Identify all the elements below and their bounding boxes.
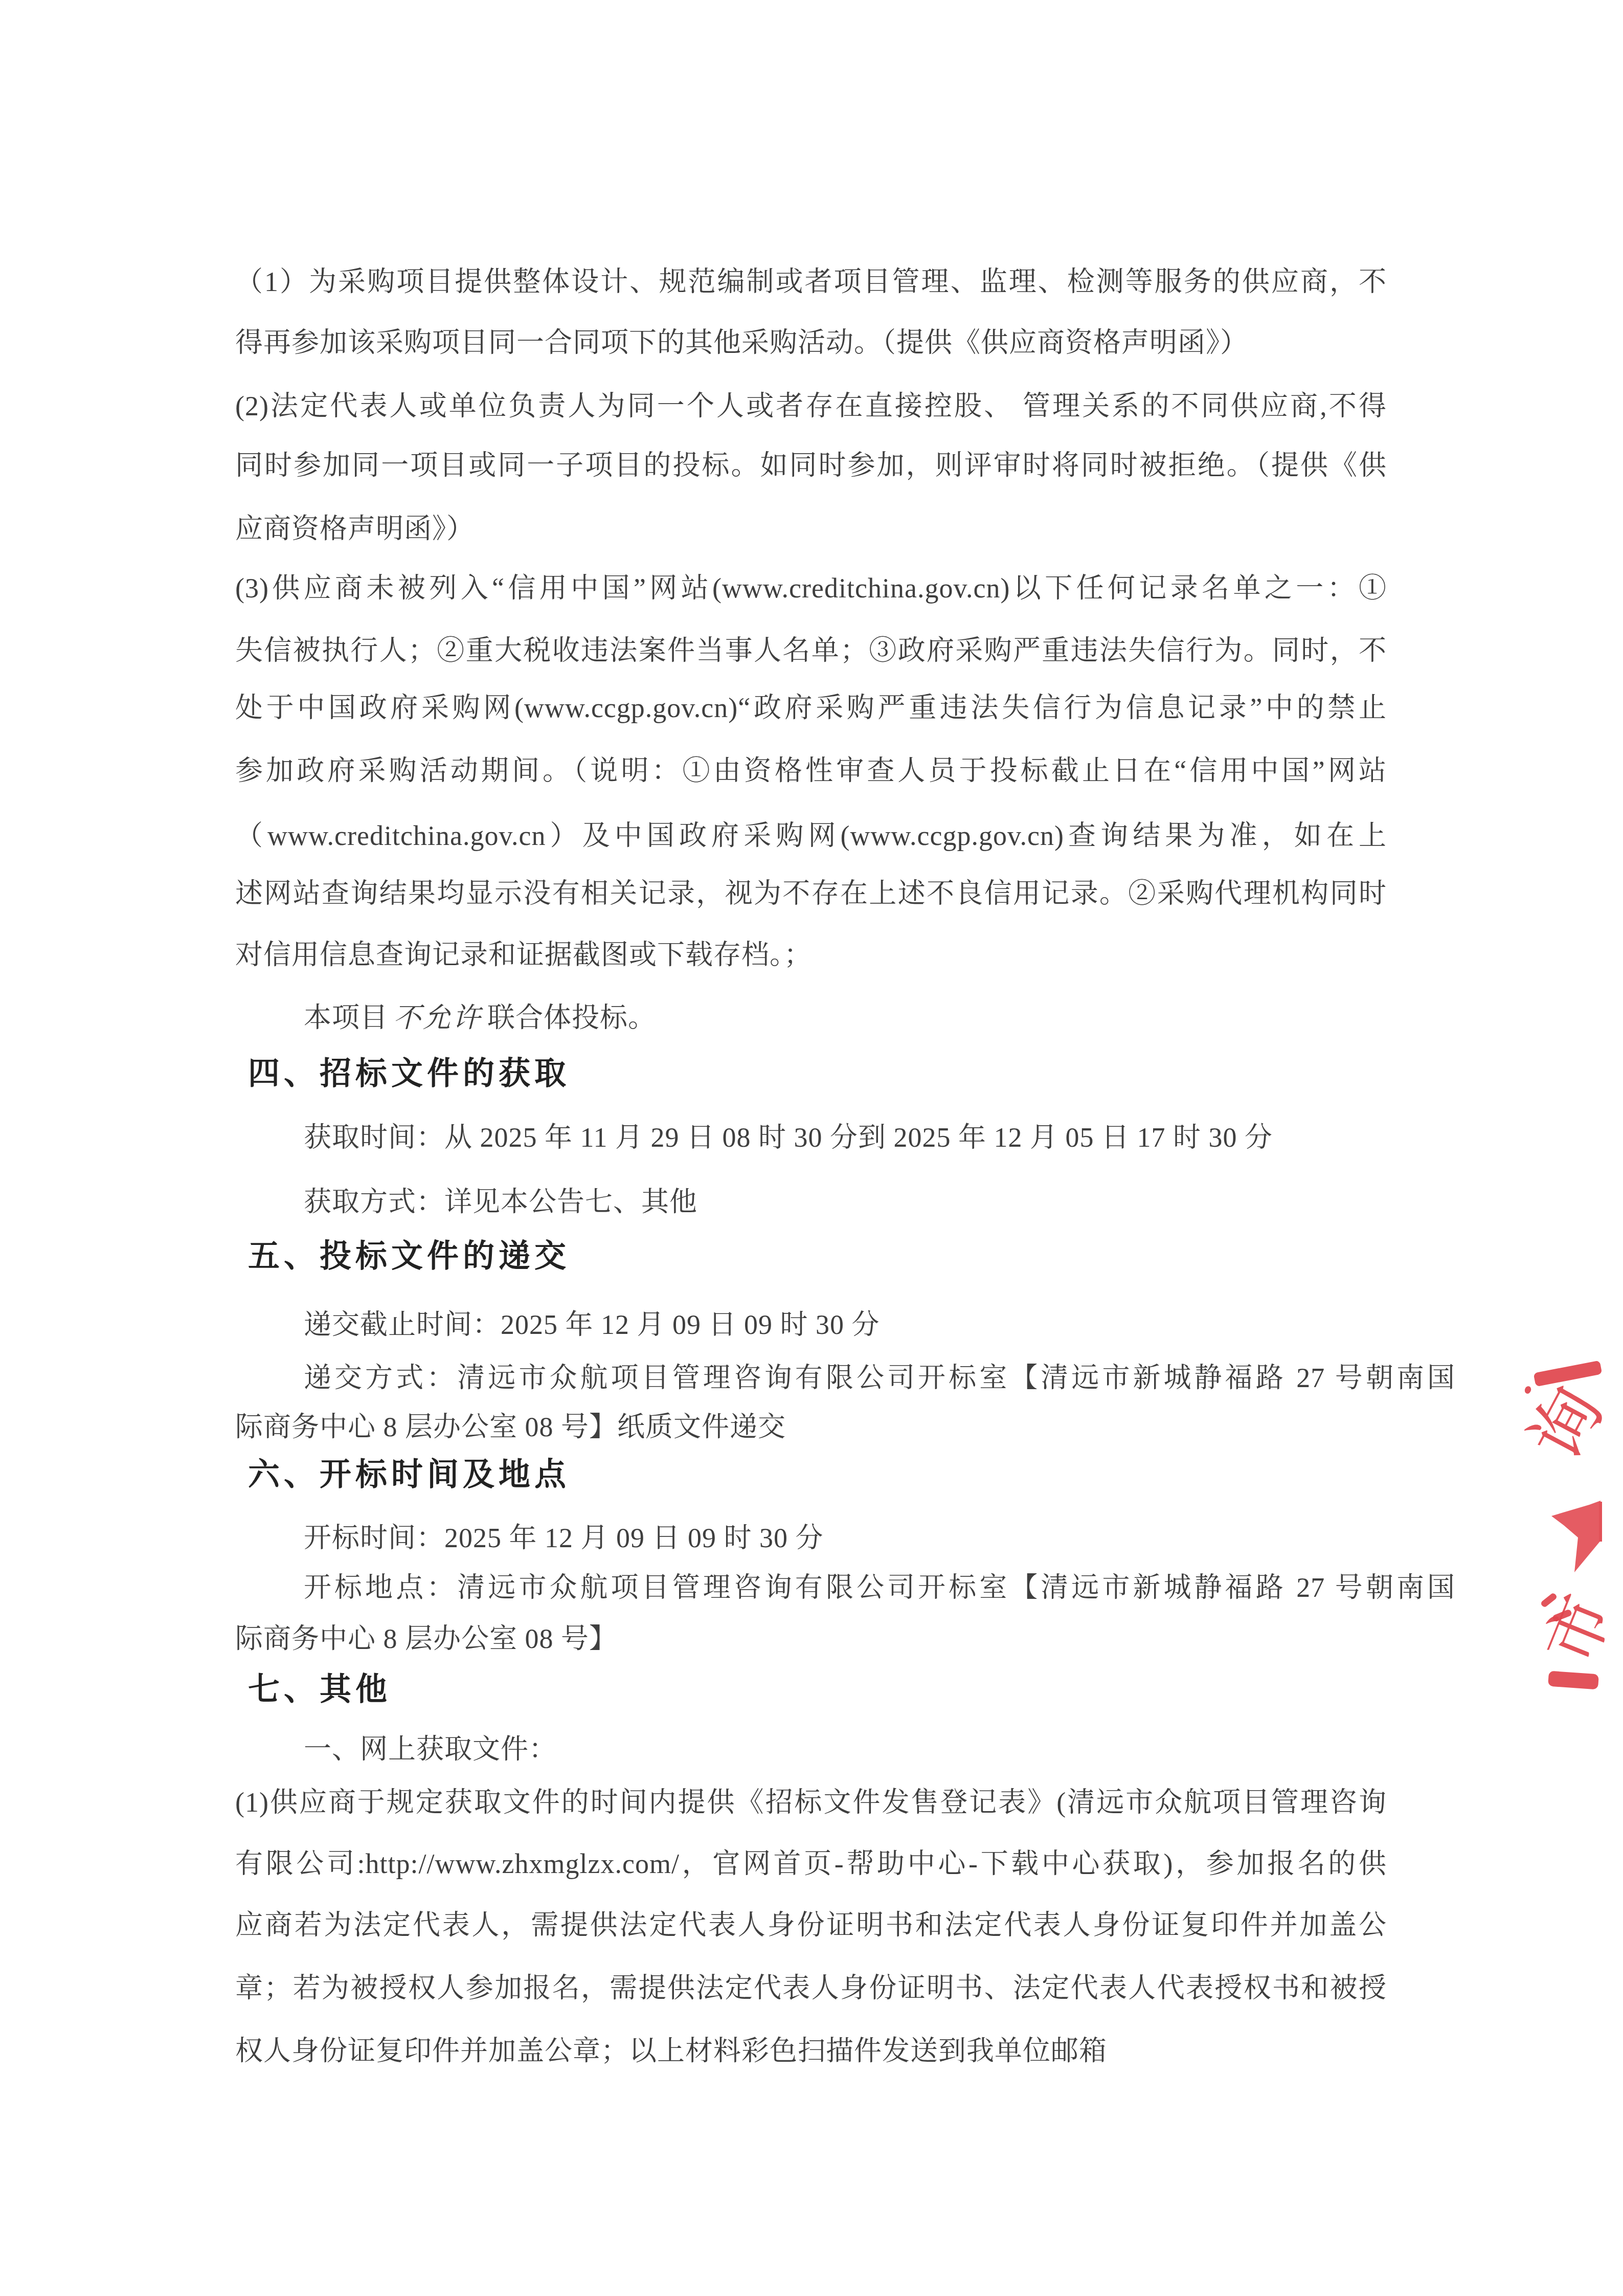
- obtain-method-line: 获取方式：详见本公告七、其他: [235, 1171, 1455, 1233]
- doc-line-p2-1: (2)法定代表人或单位负责人为同一个人或者存在直接控股、 管理关系的不同供应商,…: [235, 375, 1387, 437]
- stamp-bottom-bar: [1548, 1671, 1599, 1690]
- stamp-top-bar: [1534, 1361, 1603, 1387]
- online-obtain-subtitle: 一、网上获取文件：: [235, 1719, 1455, 1780]
- obtain-time-line: 获取时间：从 2025 年 11 月 29 日 08 时 30 分到 2025 …: [235, 1107, 1455, 1168]
- submit-deadline-line: 递交截止时间：2025 年 12 月 09 日 09 时 30 分: [235, 1294, 1455, 1355]
- section-heading-5: 五、投标文件的递交: [235, 1226, 1400, 1287]
- doc-line-p2-3: 应商资格声明函》）: [235, 498, 1387, 560]
- doc-line-p3-3: 处于中国政府采购网(www.ccgp.gov.cn)“政府采购严重违法失信行为信…: [235, 677, 1387, 739]
- doc-line-p3-6: 述网站查询结果均显示没有相关记录，视为不存在上述不良信用记录。②采购代理机构同时: [235, 863, 1387, 924]
- stamp-ink-dot: [1524, 1385, 1532, 1394]
- stamp-arrow-shape: [1546, 1501, 1604, 1573]
- doc-line-p3-1: (3)供应商未被列入“信用中国”网站(www.creditchina.gov.c…: [235, 558, 1387, 619]
- section-heading-4: 四、招标文件的获取: [235, 1043, 1400, 1105]
- doc-line-p1-2: 得再参加该采购项目同一合同项下的其他采购活动。（提供《供应商资格声明函》）: [235, 312, 1387, 373]
- doc-line-s7-1: (1)供应商于规定获取文件的时间内提供《招标文件发售登记表》(清远市众航项目管理…: [235, 1772, 1387, 1833]
- doc-line-s7-2: 有限公司:http://www.zhxmglzx.com/，官网首页-帮助中心-…: [235, 1833, 1387, 1894]
- doc-line-p3-7: 对信用信息查询记录和证据截图或下载存档。；: [235, 924, 1387, 986]
- doc-line-s7-3: 应商若为法定代表人，需提供法定代表人身份证明书和法定代表人身份证复印件并加盖公: [235, 1894, 1387, 1956]
- section-heading-7: 七、其他: [235, 1659, 1400, 1721]
- doc-line-s7-5: 权人身份证复印件并加盖公章；以上材料彩色扫描件发送到我单位邮箱: [235, 2020, 1387, 2082]
- doc-line-p3-2: 失信被执行人；②重大税收违法案件当事人名单；③政府采购严重违法失信行为。同时，不: [235, 620, 1387, 681]
- joint-bid-emphasis: 不允许: [388, 1002, 487, 1033]
- doc-line-p1-1: （1）为采购项目提供整体设计、规范编制或者项目管理、监理、检测等服务的供应商，不: [235, 251, 1387, 313]
- stamp-char-top: 询: [1520, 1377, 1615, 1473]
- doc-line-p3-4: 参加政府采购活动期间。（说明：①由资格性审查人员于投标截止日在“信用中国”网站: [235, 740, 1387, 801]
- doc-line-p3-5: （www.creditchina.gov.cn）及中国政府采购网(www.ccg…: [235, 805, 1387, 866]
- doc-line-s7-4: 章；若为被授权人参加报名，需提供法定代表人身份证明书、法定代表人代表授权书和被授: [235, 1957, 1387, 2019]
- joint-bid-suffix: 联合体投标。: [487, 1002, 656, 1033]
- joint-bid-note: 本项目不允许联合体投标。: [235, 987, 1455, 1049]
- joint-bid-prefix: 本项目: [304, 1002, 388, 1033]
- document-page: （1）为采购项目提供整体设计、规范编制或者项目管理、监理、检测等服务的供应商，不…: [0, 0, 1623, 2296]
- doc-line-p2-2: 同时参加同一项目或同一子项目的投标。如同时参加，则评审时将同时被拒绝。（提供《供: [235, 435, 1387, 496]
- section-heading-6: 六、开标时间及地点: [235, 1444, 1400, 1506]
